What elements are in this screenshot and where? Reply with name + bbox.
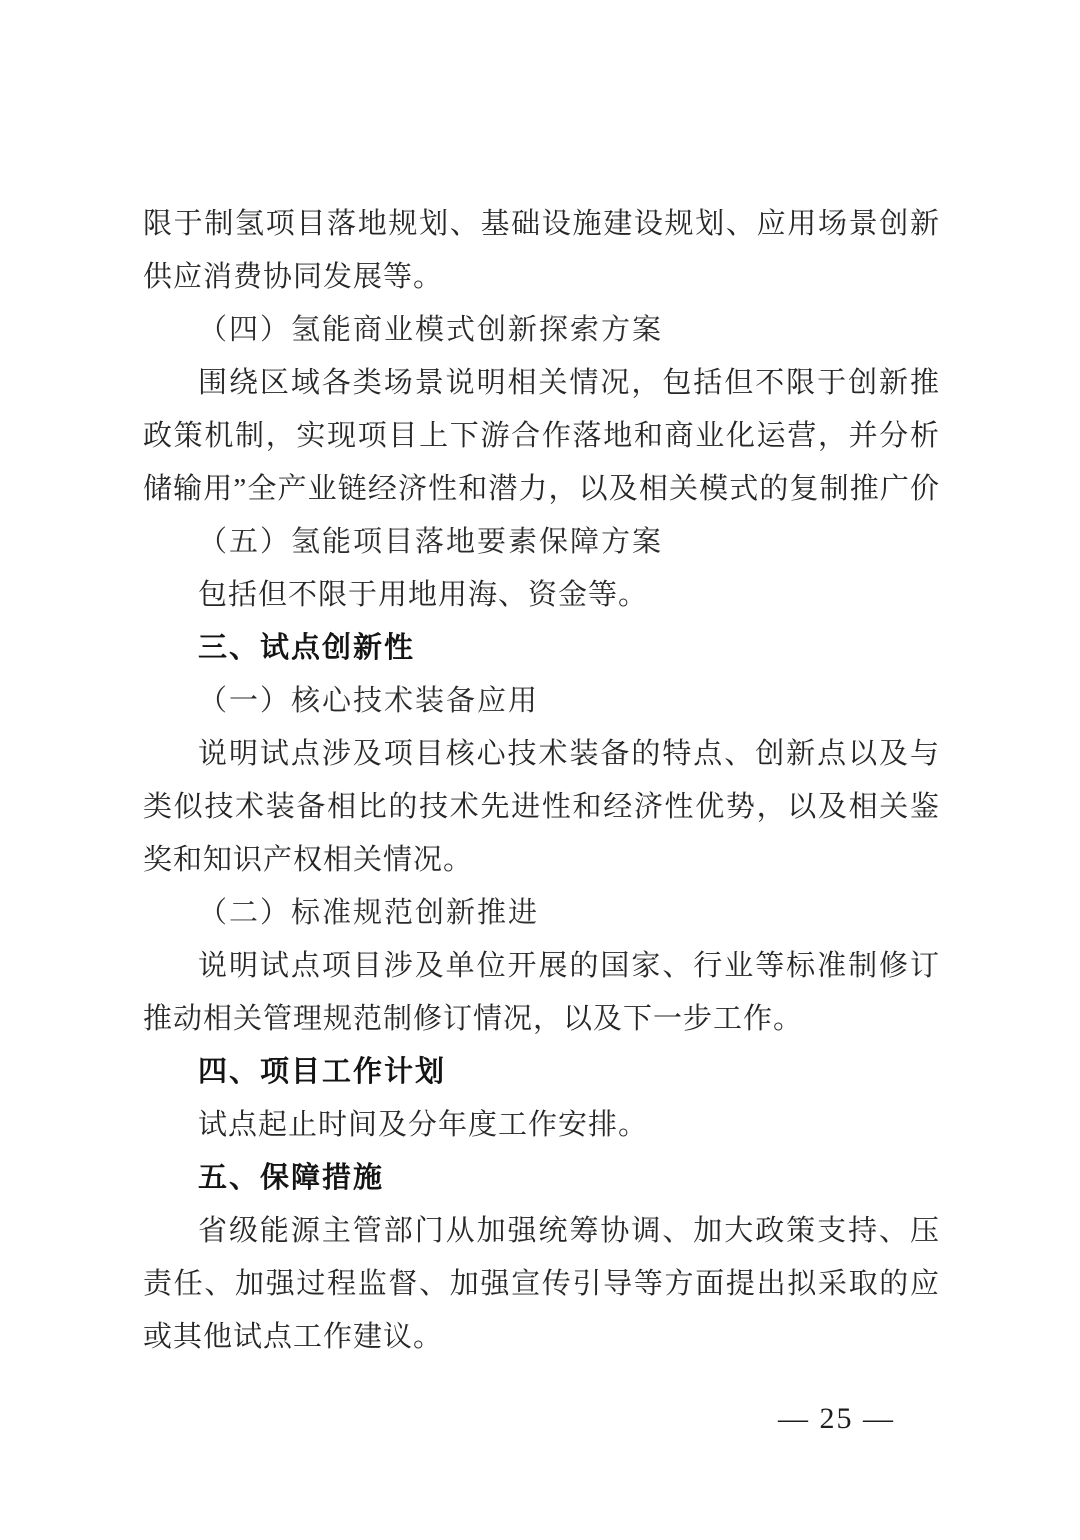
sub-heading-2: （二）标准规范创新推进	[143, 887, 940, 940]
body-line: 类似技术装备相比的技术先进性和经济性优势，以及相关鉴定、获	[143, 781, 940, 834]
body-line: 储输用”全产业链经济性和潜力，以及相关模式的复制推广价值。	[143, 463, 940, 516]
body-line: 或其他试点工作建议。	[143, 1311, 940, 1364]
section-heading-5: 五、保障措施	[143, 1152, 940, 1205]
body-line: 奖和知识产权相关情况。	[143, 834, 940, 887]
body-line: 说明试点涉及项目核心技术装备的特点、创新点以及与国内外	[143, 728, 940, 781]
section-heading-3: 三、试点创新性	[143, 622, 940, 675]
body-line: 围绕区域各类场景说明相关情况，包括但不限于创新推动相关	[143, 357, 940, 410]
body-line: 推动相关管理规范制修订情况，以及下一步工作。	[143, 993, 940, 1046]
page-content: 限于制氢项目落地规划、基础设施建设规划、应用场景创新开发、 供应消费协同发展等。…	[143, 198, 940, 1445]
body-line: 政策机制，实现项目上下游合作落地和商业化运营，并分析氢能“制	[143, 410, 940, 463]
body-line: 责任、加强过程监督、加强宣传引导等方面提出拟采取的应对措施	[143, 1258, 940, 1311]
sub-heading-1: （一）核心技术装备应用	[143, 675, 940, 728]
document-page: 限于制氢项目落地规划、基础设施建设规划、应用场景创新开发、 供应消费协同发展等。…	[0, 0, 1080, 1540]
page-number: — 25 —	[143, 1392, 940, 1445]
body-line: 供应消费协同发展等。	[143, 251, 940, 304]
body-line: 限于制氢项目落地规划、基础设施建设规划、应用场景创新开发、	[143, 198, 940, 251]
body-line: 说明试点项目涉及单位开展的国家、行业等标准制修订情况，	[143, 940, 940, 993]
body-line: 包括但不限于用地用海、资金等。	[143, 569, 940, 622]
body-line: 试点起止时间及分年度工作安排。	[143, 1099, 940, 1152]
section-heading-4: 四、项目工作计划	[143, 1046, 940, 1099]
body-line: 省级能源主管部门从加强统筹协调、加大政策支持、压实主体	[143, 1205, 940, 1258]
sub-heading-5: （五）氢能项目落地要素保障方案	[143, 516, 940, 569]
sub-heading-4: （四）氢能商业模式创新探索方案	[143, 304, 940, 357]
